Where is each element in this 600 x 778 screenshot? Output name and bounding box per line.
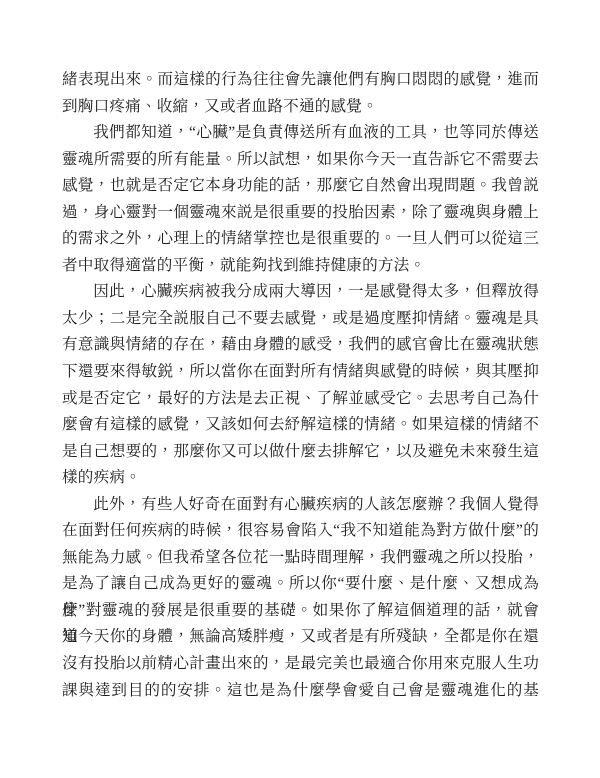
text-line-1: 緒表現出來。而這樣的行為往往會先讓他們有胸口悶悶的感覺，進而: [62, 67, 539, 94]
text-line-11: 有意識與情緒的存在，藉由身體的感受，我們的感官會比在靈魂狀態: [62, 332, 539, 359]
text-line-21: 麼”對靈魂的發展是很重要的基礎。如果你了解這個道理的話，就會知: [62, 598, 539, 625]
text-line-9: 因此，心臟疾病被我分成兩大導因，一是感覺得太多，但釋放得: [62, 279, 539, 306]
text-line-8: 者中取得適當的平衡，就能夠找到維持健康的方法。: [62, 253, 539, 280]
text-line-13: 或是否定它，最好的方法是去正視、了解並感受它。去思考自己為什: [62, 386, 539, 413]
text-line-3: 我們都知道，“心臟”是負責傳送所有血液的工具，也等同於傳送: [62, 120, 539, 147]
text-line-22: 道今天你的身體，無論高矮胖瘦，又或者是有所殘缺，全都是你在還: [62, 624, 539, 651]
text-line-6: 過，身心靈對一個靈魂來説是很重要的投胎因素，除了靈魂與身體上: [62, 200, 539, 227]
text-line-16: 樣的疾病。: [62, 465, 539, 492]
document-page: 緒表現出來。而這樣的行為往往會先讓他們有胸口悶悶的感覺，進而 到胸口疼痛、收縮，…: [0, 0, 600, 778]
text-line-20: 是為了讓自己成為更好的靈魂。所以你“要什麼、是什麼、又想成為什: [62, 571, 539, 598]
text-line-17: 此外，有些人好奇在面對有心臟疾病的人該怎麼辦？我個人覺得: [62, 492, 539, 519]
text-line-18: 在面對任何疾病的時候，很容易會陷入“我不知道能為對方做什麼”的: [62, 518, 539, 545]
text-line-5: 感覺，也就是否定它本身功能的話，那麼它自然會出現問題。我曾説: [62, 173, 539, 200]
text-line-7: 的需求之外，心理上的情緒掌控也是很重要的。一旦人們可以從這三: [62, 226, 539, 253]
text-line-2: 到胸口疼痛、收縮，又或者血路不通的感覺。: [62, 94, 539, 121]
text-line-10: 太少；二是完全説服自己不要去感覺，或是過度壓抑情緒。靈魂是具: [62, 306, 539, 333]
text-line-19: 無能為力感。但我希望各位花一點時間理解，我們靈魂之所以投胎，: [62, 545, 539, 572]
text-line-23: 沒有投胎以前精心計畫出來的，是最完美也最適合你用來克服人生功: [62, 651, 539, 678]
text-line-12: 下還要來得敏鋭，所以當你在面對所有情緒與感覺的時候，與其壓抑: [62, 359, 539, 386]
text-line-15: 是自己想要的，那麼你又可以做什麼去排解它，以及避免未來發生這: [62, 439, 539, 466]
page-text: 緒表現出來。而這樣的行為往往會先讓他們有胸口悶悶的感覺，進而 到胸口疼痛、收縮，…: [62, 67, 539, 704]
text-line-24: 課與達到目的的安排。這也是為什麼學會愛自己會是靈魂進化的基: [62, 678, 539, 705]
text-line-14: 麼會有這樣的感覺，又該如何去紓解這樣的情緒。如果這樣的情緒不: [62, 412, 539, 439]
text-line-4: 靈魂所需要的所有能量。所以試想，如果你今天一直告訴它不需要去: [62, 147, 539, 174]
